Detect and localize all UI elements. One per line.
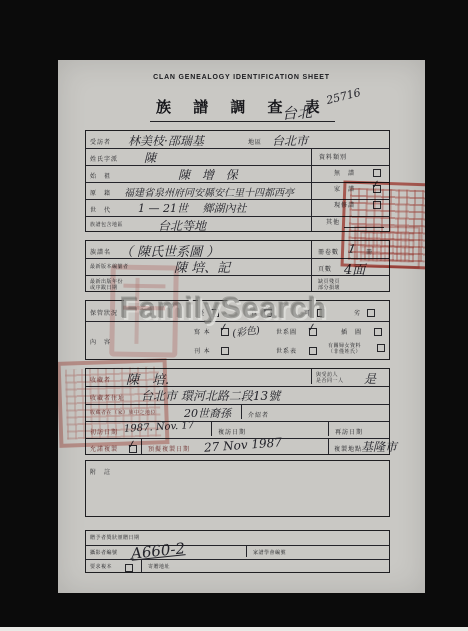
- copy-date-label: 預擬複製日期: [148, 444, 190, 453]
- content-label: 內 容: [90, 337, 111, 346]
- scan-edge-strip: [0, 627, 468, 631]
- category-option-other: 其他: [326, 217, 340, 226]
- pages-label: 頁數: [318, 264, 332, 273]
- footer-box: 贈予者獎狀頒贈日期 攝影者編號 A660-2 家譜學會編號 要求複本 寄贈地址: [85, 530, 390, 573]
- printed-label: 刊 本: [194, 346, 211, 355]
- first-ancestor-value: 陳 增 保: [178, 166, 242, 183]
- origin-value: 福建省泉州府同安縣安仁里十四都西亭: [124, 184, 294, 199]
- copy-request-label: 要求複本: [90, 564, 112, 570]
- category-option-none: 無 譜: [334, 168, 355, 177]
- chart-label: 世系圖: [276, 327, 297, 336]
- interviewer-value: 林美枝·邵瑞基: [128, 132, 204, 149]
- society-number-label: 家譜學會編號: [253, 550, 286, 556]
- volumes-label: 冊卷數: [318, 247, 339, 256]
- illustration-label: 插 圖: [341, 327, 362, 336]
- notes-box: 附 註: [85, 460, 390, 517]
- table-label: 世系表: [276, 346, 297, 355]
- handwritten-number-note: 25716: [325, 86, 362, 107]
- origin-label: 原 籍: [90, 188, 111, 197]
- first-ancestor-label: 始 祖: [90, 171, 111, 180]
- coverage-label: 族譜包含地區: [90, 222, 123, 228]
- keep-poor-checkbox: [367, 309, 375, 317]
- illustration-checkbox: [374, 328, 382, 336]
- surname-label: 姓氏字派: [90, 154, 118, 163]
- scanned-form-paper: CLAN GENEALOGY IDENTIFICATION SHEET 族 譜 …: [58, 60, 425, 593]
- women-data-checkbox: [377, 344, 385, 352]
- surname-value: 陳: [144, 149, 156, 166]
- red-seal-stamp-right-lower: [354, 225, 421, 268]
- introducer-label: 介紹者: [248, 410, 269, 419]
- copy-place-value: 基隆市: [361, 438, 397, 455]
- area-value: 台北市: [272, 132, 308, 149]
- copy-request-checkbox: [125, 564, 133, 572]
- interviewer-label: 受訪者: [90, 137, 111, 146]
- third-visit-label: 再訪日期: [335, 427, 363, 436]
- second-visit-label: 複訪日期: [218, 427, 246, 436]
- sheet-title-en: CLAN GENEALOGY IDENTIFICATION SHEET: [58, 74, 425, 81]
- category-none-checkbox: [373, 169, 381, 177]
- printed-checkbox: [221, 347, 229, 355]
- generations-label: 世 代: [90, 205, 111, 214]
- damage-label: 缺頁殘頁 部分損壞: [318, 279, 340, 291]
- keep-option-poor: 劣: [354, 308, 361, 317]
- award-date-label: 贈予者獎狀頒贈日期: [90, 535, 140, 541]
- pink-watermark-stamp: [109, 264, 179, 357]
- notes-label: 附 註: [90, 467, 111, 476]
- manuscript-label: 寫 本: [194, 327, 211, 336]
- scanned-document-page: { "marks": {"check": "✓", "slash": "⁄"},…: [0, 0, 468, 631]
- table-checkbox: [309, 347, 317, 355]
- photographer-label: 攝影者編號: [90, 550, 118, 556]
- copy-place-label: 複製地點: [334, 444, 362, 453]
- handwritten-region-note: 台北: [281, 101, 312, 124]
- generations-value: 1 — 21世 鄉湖內社: [138, 200, 247, 216]
- same-person-value: 是: [364, 370, 376, 387]
- compiler-value: 陳 培、記: [174, 257, 230, 276]
- title-label: 族譜名: [90, 247, 111, 256]
- red-seal-stamp-left: [58, 358, 169, 448]
- same-person-label: 與受訪人 是否同一人: [316, 372, 344, 384]
- area-label: 地區: [248, 137, 262, 146]
- women-data-label: 有關婦女資料 （非僅姓氏）: [328, 343, 361, 355]
- position-value: 20世裔孫: [184, 405, 231, 421]
- category-header: 資料類別: [319, 152, 347, 161]
- coverage-value: 台北等地: [158, 217, 206, 234]
- mail-address-label: 寄贈地址: [148, 564, 170, 570]
